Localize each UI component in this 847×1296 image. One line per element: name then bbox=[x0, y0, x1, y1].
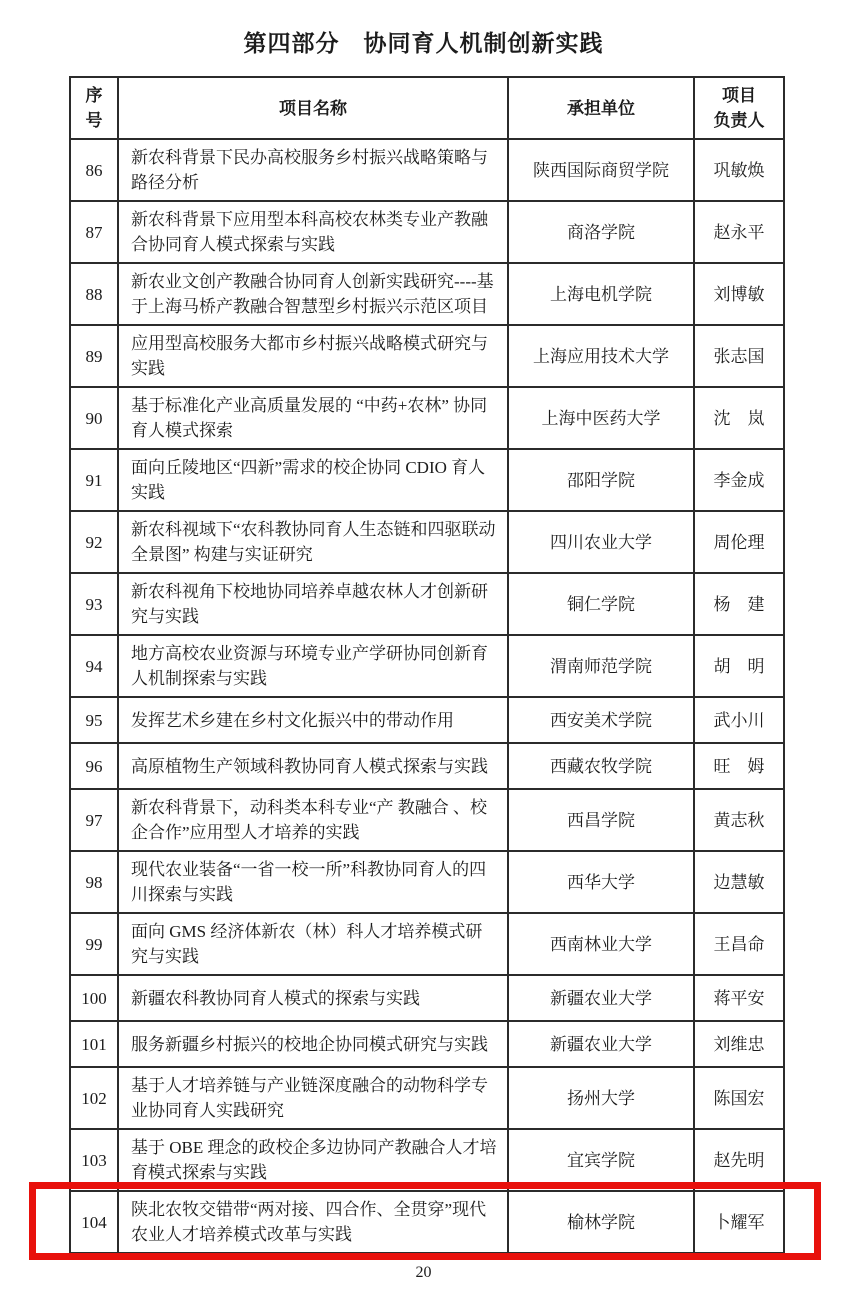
row-number-cell: 87 bbox=[70, 201, 118, 263]
table-row: 104陕北农牧交错带“两对接、四合作、全贯穿”现代农业人才培养模式改革与实践榆林… bbox=[70, 1191, 784, 1253]
row-number-cell: 99 bbox=[70, 913, 118, 975]
row-number-cell: 91 bbox=[70, 449, 118, 511]
row-number-cell: 101 bbox=[70, 1021, 118, 1067]
row-number-cell: 90 bbox=[70, 387, 118, 449]
row-number-cell: 86 bbox=[70, 139, 118, 201]
project-leader-cell: 蒋平安 bbox=[694, 975, 784, 1021]
project-name-cell: 基于 OBE 理念的政校企多边协同产教融合人才培育模式探索与实践 bbox=[118, 1129, 508, 1191]
project-name-cell: 面向丘陵地区“四新”需求的校企协同 CDIO 育人实践 bbox=[118, 449, 508, 511]
table-row: 94地方高校农业资源与环境专业产学研协同创新育人机制探索与实践渭南师范学院胡 明 bbox=[70, 635, 784, 697]
header-project-leader: 项目 负责人 bbox=[694, 77, 784, 139]
projects-table: 序 号 项目名称 承担单位 项目 负责人 86新农科背景下民办高校服务乡村振兴战… bbox=[69, 76, 785, 1254]
undertaking-unit-cell: 扬州大学 bbox=[508, 1067, 694, 1129]
row-number-cell: 93 bbox=[70, 573, 118, 635]
table-row: 93新农科视角下校地协同培养卓越农林人才创新研究与实践铜仁学院杨 建 bbox=[70, 573, 784, 635]
table-row: 91面向丘陵地区“四新”需求的校企协同 CDIO 育人实践邵阳学院李金成 bbox=[70, 449, 784, 511]
undertaking-unit-cell: 商洛学院 bbox=[508, 201, 694, 263]
header-serial-number: 序 号 bbox=[70, 77, 118, 139]
table-row: 103基于 OBE 理念的政校企多边协同产教融合人才培育模式探索与实践宜宾学院赵… bbox=[70, 1129, 784, 1191]
project-name-cell: 新农科视域下“农科教协同育人生态链和四驱联动全景图” 构建与实证研究 bbox=[118, 511, 508, 573]
table-row: 101服务新疆乡村振兴的校地企协同模式研究与实践新疆农业大学刘维忠 bbox=[70, 1021, 784, 1067]
project-leader-cell: 张志国 bbox=[694, 325, 784, 387]
project-leader-cell: 周伦理 bbox=[694, 511, 784, 573]
project-name-cell: 新农科背景下，动科类本科专业“产 教融合 、校企合作”应用型人才培养的实践 bbox=[118, 789, 508, 851]
project-leader-cell: 卜耀军 bbox=[694, 1191, 784, 1253]
undertaking-unit-cell: 西南林业大学 bbox=[508, 913, 694, 975]
undertaking-unit-cell: 西华大学 bbox=[508, 851, 694, 913]
table-row: 86新农科背景下民办高校服务乡村振兴战略策略与路径分析陕西国际商贸学院巩敏焕 bbox=[70, 139, 784, 201]
page-number: 20 bbox=[0, 1264, 847, 1290]
row-number-cell: 100 bbox=[70, 975, 118, 1021]
table-row: 92新农科视域下“农科教协同育人生态链和四驱联动全景图” 构建与实证研究四川农业… bbox=[70, 511, 784, 573]
header-project-name: 项目名称 bbox=[118, 77, 508, 139]
project-name-cell: 陕北农牧交错带“两对接、四合作、全贯穿”现代农业人才培养模式改革与实践 bbox=[118, 1191, 508, 1253]
table-row: 99面向 GMS 经济体新农（林）科人才培养模式研究与实践西南林业大学王昌命 bbox=[70, 913, 784, 975]
project-name-cell: 新疆农科教协同育人模式的探索与实践 bbox=[118, 975, 508, 1021]
project-name-cell: 基于人才培养链与产业链深度融合的动物科学专业协同育人实践研究 bbox=[118, 1067, 508, 1129]
project-name-cell: 高原植物生产领域科教协同育人模式探索与实践 bbox=[118, 743, 508, 789]
project-leader-cell: 杨 建 bbox=[694, 573, 784, 635]
undertaking-unit-cell: 四川农业大学 bbox=[508, 511, 694, 573]
table-row: 95发挥艺术乡建在乡村文化振兴中的带动作用西安美术学院武小川 bbox=[70, 697, 784, 743]
projects-table-container: 序 号 项目名称 承担单位 项目 负责人 86新农科背景下民办高校服务乡村振兴战… bbox=[69, 76, 783, 1254]
row-number-cell: 96 bbox=[70, 743, 118, 789]
project-leader-cell: 王昌命 bbox=[694, 913, 784, 975]
table-row: 97新农科背景下，动科类本科专业“产 教融合 、校企合作”应用型人才培养的实践西… bbox=[70, 789, 784, 851]
project-name-cell: 应用型高校服务大都市乡村振兴战略模式研究与实践 bbox=[118, 325, 508, 387]
project-leader-cell: 陈国宏 bbox=[694, 1067, 784, 1129]
project-leader-cell: 刘博敏 bbox=[694, 263, 784, 325]
undertaking-unit-cell: 邵阳学院 bbox=[508, 449, 694, 511]
undertaking-unit-cell: 陕西国际商贸学院 bbox=[508, 139, 694, 201]
row-number-cell: 97 bbox=[70, 789, 118, 851]
undertaking-unit-cell: 西藏农牧学院 bbox=[508, 743, 694, 789]
project-leader-cell: 边慧敏 bbox=[694, 851, 784, 913]
project-name-cell: 新农科背景下民办高校服务乡村振兴战略策略与路径分析 bbox=[118, 139, 508, 201]
project-leader-cell: 黄志秋 bbox=[694, 789, 784, 851]
project-name-cell: 新农业文创产教融合协同育人创新实践研究----基于上海马桥产教融合智慧型乡村振兴… bbox=[118, 263, 508, 325]
project-leader-cell: 李金成 bbox=[694, 449, 784, 511]
project-leader-cell: 巩敏焕 bbox=[694, 139, 784, 201]
project-name-cell: 服务新疆乡村振兴的校地企协同模式研究与实践 bbox=[118, 1021, 508, 1067]
undertaking-unit-cell: 上海应用技术大学 bbox=[508, 325, 694, 387]
undertaking-unit-cell: 铜仁学院 bbox=[508, 573, 694, 635]
undertaking-unit-cell: 上海中医药大学 bbox=[508, 387, 694, 449]
project-name-cell: 新农科背景下应用型本科高校农林类专业产教融合协同育人模式探索与实践 bbox=[118, 201, 508, 263]
table-row: 88新农业文创产教融合协同育人创新实践研究----基于上海马桥产教融合智慧型乡村… bbox=[70, 263, 784, 325]
table-row: 100新疆农科教协同育人模式的探索与实践新疆农业大学蒋平安 bbox=[70, 975, 784, 1021]
project-leader-cell: 武小川 bbox=[694, 697, 784, 743]
undertaking-unit-cell: 宜宾学院 bbox=[508, 1129, 694, 1191]
table-row: 102基于人才培养链与产业链深度融合的动物科学专业协同育人实践研究扬州大学陈国宏 bbox=[70, 1067, 784, 1129]
table-row: 89应用型高校服务大都市乡村振兴战略模式研究与实践上海应用技术大学张志国 bbox=[70, 325, 784, 387]
page-title: 第四部分 协同育人机制创新实践 bbox=[0, 0, 847, 58]
project-leader-cell: 赵永平 bbox=[694, 201, 784, 263]
project-name-cell: 地方高校农业资源与环境专业产学研协同创新育人机制探索与实践 bbox=[118, 635, 508, 697]
undertaking-unit-cell: 榆林学院 bbox=[508, 1191, 694, 1253]
row-number-cell: 89 bbox=[70, 325, 118, 387]
table-row: 96高原植物生产领域科教协同育人模式探索与实践西藏农牧学院旺 姆 bbox=[70, 743, 784, 789]
table-row: 87新农科背景下应用型本科高校农林类专业产教融合协同育人模式探索与实践商洛学院赵… bbox=[70, 201, 784, 263]
row-number-cell: 102 bbox=[70, 1067, 118, 1129]
row-number-cell: 94 bbox=[70, 635, 118, 697]
project-leader-cell: 胡 明 bbox=[694, 635, 784, 697]
row-number-cell: 88 bbox=[70, 263, 118, 325]
project-name-cell: 基于标准化产业高质量发展的 “中药+农林” 协同育人模式探索 bbox=[118, 387, 508, 449]
table-row: 98现代农业装备“一省一校一所”科教协同育人的四川探索与实践西华大学边慧敏 bbox=[70, 851, 784, 913]
project-name-cell: 发挥艺术乡建在乡村文化振兴中的带动作用 bbox=[118, 697, 508, 743]
row-number-cell: 92 bbox=[70, 511, 118, 573]
project-leader-cell: 沈 岚 bbox=[694, 387, 784, 449]
row-number-cell: 95 bbox=[70, 697, 118, 743]
undertaking-unit-cell: 西昌学院 bbox=[508, 789, 694, 851]
table-body: 86新农科背景下民办高校服务乡村振兴战略策略与路径分析陕西国际商贸学院巩敏焕87… bbox=[70, 139, 784, 1253]
project-name-cell: 面向 GMS 经济体新农（林）科人才培养模式研究与实践 bbox=[118, 913, 508, 975]
undertaking-unit-cell: 上海电机学院 bbox=[508, 263, 694, 325]
undertaking-unit-cell: 新疆农业大学 bbox=[508, 975, 694, 1021]
project-name-cell: 新农科视角下校地协同培养卓越农林人才创新研究与实践 bbox=[118, 573, 508, 635]
undertaking-unit-cell: 新疆农业大学 bbox=[508, 1021, 694, 1067]
undertaking-unit-cell: 西安美术学院 bbox=[508, 697, 694, 743]
row-number-cell: 98 bbox=[70, 851, 118, 913]
header-undertaking-unit: 承担单位 bbox=[508, 77, 694, 139]
table-header-row: 序 号 项目名称 承担单位 项目 负责人 bbox=[70, 77, 784, 139]
project-leader-cell: 旺 姆 bbox=[694, 743, 784, 789]
table-row: 90基于标准化产业高质量发展的 “中药+农林” 协同育人模式探索上海中医药大学沈… bbox=[70, 387, 784, 449]
project-name-cell: 现代农业装备“一省一校一所”科教协同育人的四川探索与实践 bbox=[118, 851, 508, 913]
project-leader-cell: 赵先明 bbox=[694, 1129, 784, 1191]
project-leader-cell: 刘维忠 bbox=[694, 1021, 784, 1067]
row-number-cell: 104 bbox=[70, 1191, 118, 1253]
row-number-cell: 103 bbox=[70, 1129, 118, 1191]
undertaking-unit-cell: 渭南师范学院 bbox=[508, 635, 694, 697]
